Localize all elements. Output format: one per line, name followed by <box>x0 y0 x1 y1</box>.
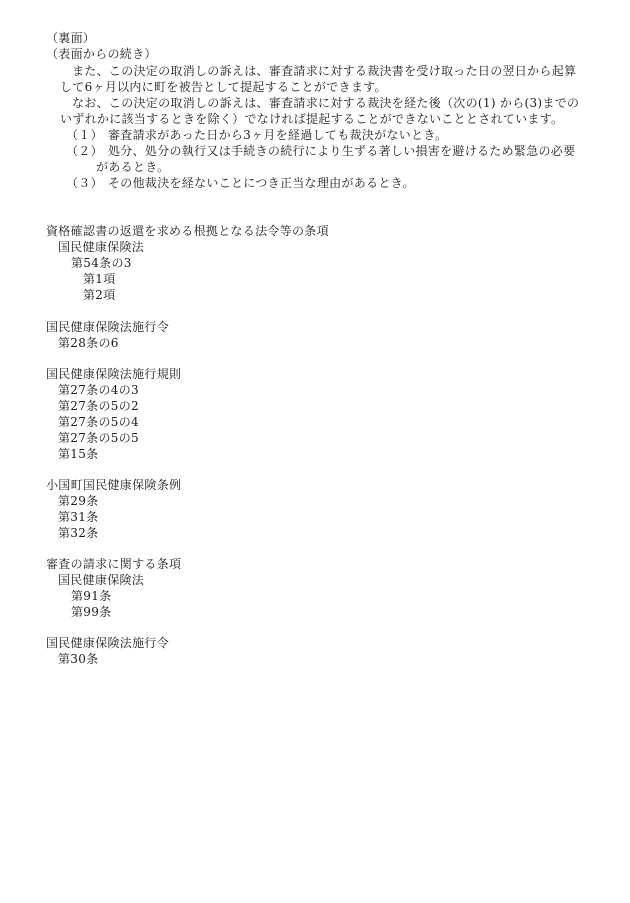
basis-law1-paragraph-1: 第1項 <box>83 271 116 287</box>
notice-para1-line1: また、この決定の取消しの訴えは、審査請求に対する裁決書を受け取った日の翌日から起… <box>72 63 576 79</box>
basis-law3-article-5: 第15条 <box>58 446 98 462</box>
review-section-title: 審査の請求に関する条項 <box>46 556 181 572</box>
review-law1-article-1: 第91条 <box>71 588 111 604</box>
review-law2-article-1: 第30条 <box>58 651 98 667</box>
review-law1-article-2: 第99条 <box>71 604 111 620</box>
basis-law1-paragraph-2: 第2項 <box>83 287 116 303</box>
continued-label: （表面からの続き） <box>46 46 157 62</box>
basis-law1-name: 国民健康保険法 <box>58 239 144 255</box>
review-law2-name: 国民健康保険法施行令 <box>46 635 169 651</box>
basis-law3-article-2: 第27条の5の2 <box>58 398 139 414</box>
notice-para2-line2: いずれかに該当するときを除く）でなければ提起することができないこととされています… <box>60 111 563 127</box>
condition-2-number: （２） <box>66 143 103 159</box>
basis-law3-article-4: 第27条の5の5 <box>58 430 139 446</box>
basis-law1-article: 第54条の3 <box>71 255 132 271</box>
condition-1-text: 審査請求があった日から3ヶ月を経過しても裁決がないとき。 <box>108 127 447 143</box>
document-page: （裏面） （表面からの続き） また、この決定の取消しの訴えは、審査請求に対する裁… <box>0 0 630 903</box>
condition-2-text: 処分、処分の執行又は手続きの続行により生ずる著しい損害を避けるため緊急の必要 <box>108 143 575 159</box>
basis-law2-name: 国民健康保険法施行令 <box>46 319 169 335</box>
basis-law4-name: 小国町国民健康保険条例 <box>46 477 181 493</box>
notice-para2-line1: なお、この決定の取消しの訴えは、審査請求に対する裁決を経た後（次の(1) から(… <box>72 95 579 111</box>
basis-law3-article-1: 第27条の4の3 <box>58 382 139 398</box>
back-side-label: （裏面） <box>46 30 95 46</box>
condition-3-number: （３） <box>66 175 103 191</box>
basis-law2-article-1: 第28条の6 <box>58 335 119 351</box>
basis-law4-article-3: 第32条 <box>58 525 98 541</box>
basis-law4-article-2: 第31条 <box>58 509 98 525</box>
basis-section-title: 資格確認書の返還を求める根拠となる法令等の条項 <box>46 223 329 239</box>
basis-law3-name: 国民健康保険法施行規則 <box>46 366 181 382</box>
condition-2-continuation: があるとき。 <box>96 159 169 175</box>
basis-law4-article-1: 第29条 <box>58 493 98 509</box>
notice-para1-line2: して6ヶ月以内に町を被告として提起することができます。 <box>60 79 387 95</box>
condition-3-text: その他裁決を経ないことにつき正当な理由があるとき。 <box>108 175 415 191</box>
review-law1-name: 国民健康保険法 <box>58 572 144 588</box>
basis-law3-article-3: 第27条の5の4 <box>58 414 139 430</box>
condition-1-number: （１） <box>66 127 103 143</box>
